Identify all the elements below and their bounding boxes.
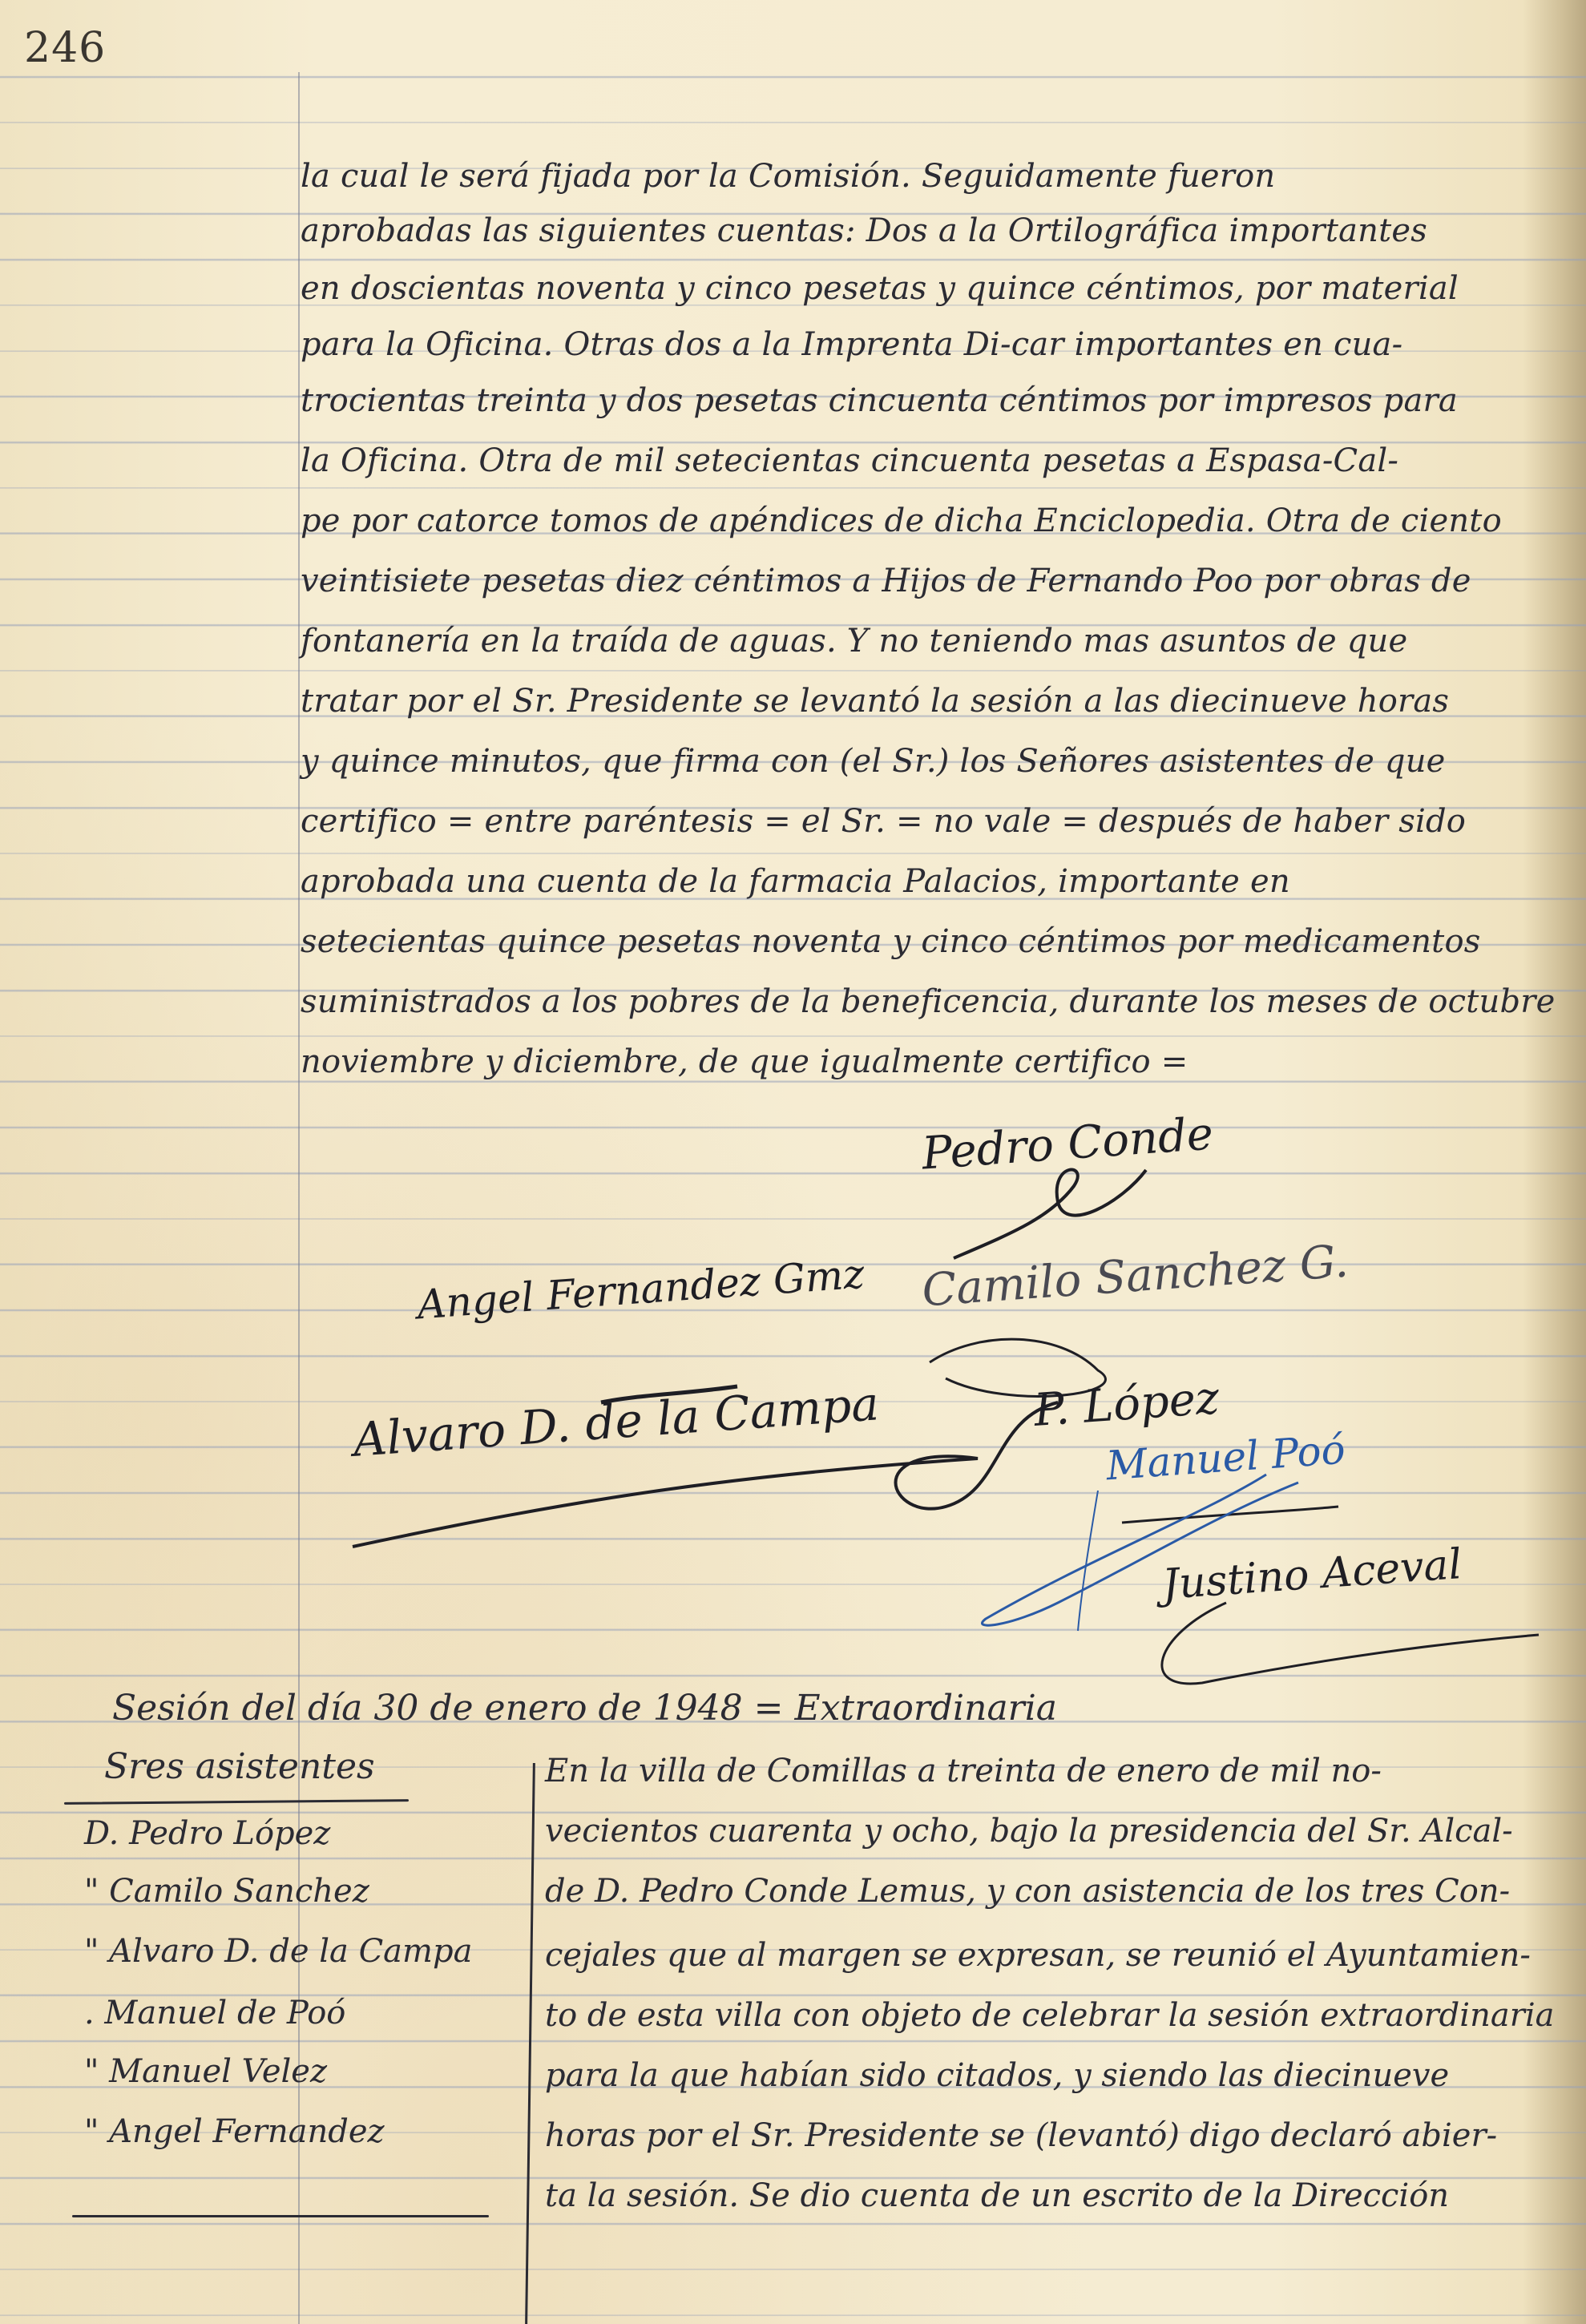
- text-line: veintisiete pesetas diez céntimos a Hijo…: [301, 565, 1551, 597]
- text-line: suministrados a los pobres de la benefic…: [301, 986, 1551, 1018]
- page-number: 246: [24, 24, 106, 72]
- text-line: la Oficina. Otra de mil setecientas cinc…: [301, 445, 1551, 477]
- text-line: horas por el Sr. Presidente se (levantó)…: [545, 2120, 1555, 2152]
- ledger-page: 246 la cual le será fijada por la Comisi…: [0, 0, 1586, 2324]
- attendee-item: " Manuel Velez: [84, 2056, 327, 2088]
- text-line: cejales que al margen se expresan, se re…: [545, 1939, 1555, 1971]
- text-line: aprobadas las siguientes cuentas: Dos a …: [301, 215, 1551, 247]
- text-line: setecientas quince pesetas noventa y cin…: [301, 926, 1551, 958]
- text-line: ta la sesión. Se dio cuenta de un escrit…: [545, 2180, 1555, 2212]
- text-line: fontanería en la traída de aguas. Y no t…: [301, 625, 1551, 657]
- attendee-item: . Manuel de Poó: [84, 1997, 345, 2029]
- attendees-header: Sres asistentes: [104, 1749, 375, 1785]
- text-line: aprobada una cuenta de la farmacia Palac…: [301, 865, 1551, 898]
- text-line: de D. Pedro Conde Lemus, y con asistenci…: [545, 1875, 1555, 1907]
- text-line: la cual le será fijada por la Comisión. …: [301, 160, 1551, 192]
- attendee-item: " Angel Fernandez: [84, 2116, 385, 2148]
- text-line: para la Oficina. Otras dos a la Imprenta…: [301, 329, 1551, 361]
- text-line: pe por catorce tomos de apéndices de dic…: [301, 505, 1551, 537]
- session-heading: Sesión del día 30 de enero de 1948 = Ext…: [112, 1691, 1057, 1726]
- attendee-item: " Camilo Sanchez: [84, 1875, 369, 1907]
- attendee-item: D. Pedro López: [84, 1818, 330, 1850]
- attendees-closing-line: [72, 2215, 489, 2217]
- text-line: tratar por el Sr. Presidente se levantó …: [301, 685, 1551, 717]
- text-line: to de esta villa con objeto de celebrar …: [545, 1999, 1555, 2031]
- text-line: noviembre y diciembre, de que igualmente…: [301, 1046, 1551, 1078]
- text-line: trocientas treinta y dos pesetas cincuen…: [301, 385, 1551, 417]
- text-line: vecientos cuarenta y ocho, bajo la presi…: [545, 1815, 1555, 1847]
- text-line: certifico = entre paréntesis = el Sr. = …: [301, 805, 1551, 837]
- text-line: para la que habían sido citados, y siend…: [545, 2060, 1555, 2092]
- text-line: En la villa de Comillas a treinta de ene…: [545, 1755, 1555, 1787]
- attendee-item: " Alvaro D. de la Campa: [84, 1935, 472, 1967]
- margin-rule: [298, 72, 300, 2324]
- text-line: en doscientas noventa y cinco pesetas y …: [301, 272, 1551, 305]
- text-line: y quince minutos, que firma con (el Sr.)…: [301, 745, 1551, 777]
